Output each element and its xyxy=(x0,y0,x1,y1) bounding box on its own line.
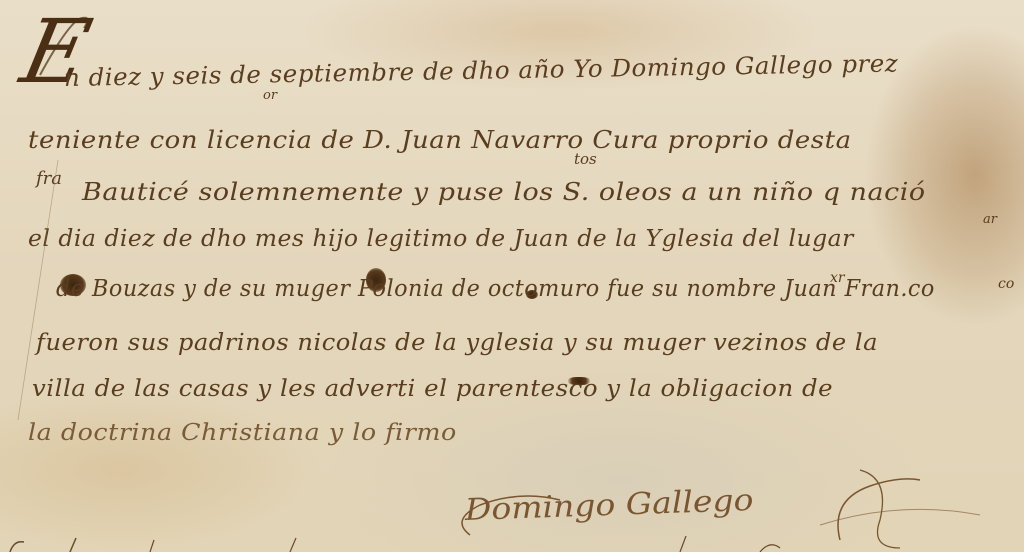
bottom-partial-text xyxy=(0,0,1024,552)
